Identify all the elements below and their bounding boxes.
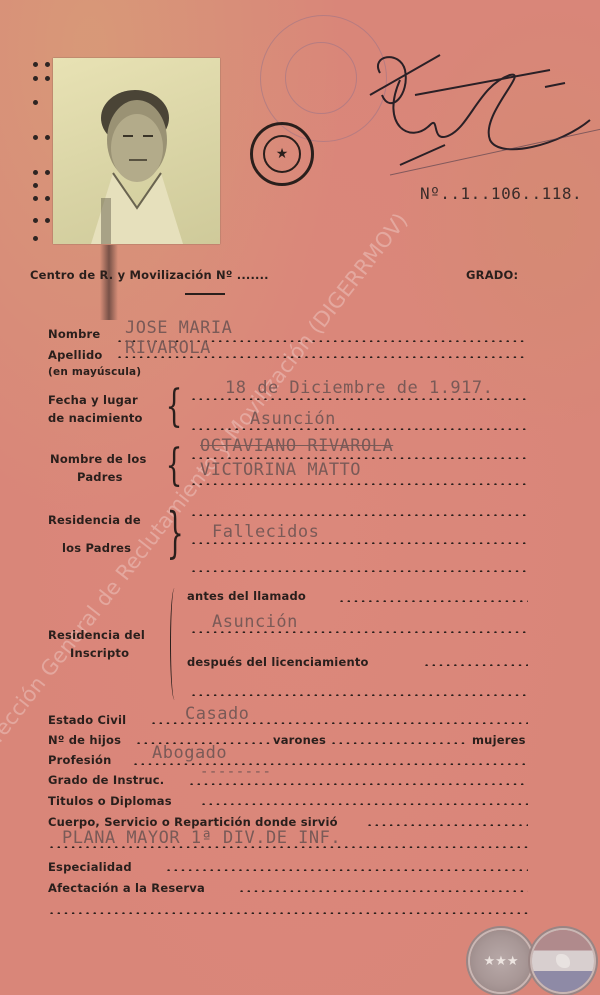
padres-label-2: Padres bbox=[77, 470, 123, 484]
watermark: Dirección General de Reclutamiento y Mov… bbox=[0, 209, 412, 764]
signature bbox=[360, 25, 600, 195]
apellido-line bbox=[116, 356, 526, 358]
despues-line-2 bbox=[190, 694, 528, 696]
nombre-value[interactable]: JOSE MARIA bbox=[125, 318, 232, 338]
portrait-image bbox=[53, 58, 220, 244]
despues-label: después del licenciamiento bbox=[187, 655, 369, 669]
faint-stamp-inner bbox=[285, 42, 357, 114]
cuerpo-line-1 bbox=[366, 824, 528, 826]
grado-instruc-value[interactable]: -------- bbox=[200, 764, 271, 780]
especialidad-label: Especialidad bbox=[48, 860, 132, 874]
mujeres-label: mujeres bbox=[472, 733, 526, 747]
star-icon: ★ bbox=[263, 135, 301, 173]
estado-civil-label: Estado Civil bbox=[48, 713, 126, 727]
res-inscripto-label-1: Residencia del bbox=[48, 628, 145, 642]
grado-instruc-line bbox=[188, 783, 528, 785]
fecha-value[interactable]: 18 de Diciembre de 1.917. bbox=[225, 378, 493, 398]
res-padres-label-1: Residencia de bbox=[48, 513, 141, 527]
republic-seal: ★ bbox=[250, 122, 314, 186]
profesion-label: Profesión bbox=[48, 753, 111, 767]
apellido-value[interactable]: RIVAROLA bbox=[125, 338, 211, 358]
afectacion-line-2 bbox=[48, 912, 528, 914]
hijos-label: Nº de hijos bbox=[48, 733, 121, 747]
grado-instruc-label: Grado de Instruc. bbox=[48, 773, 164, 787]
cuerpo-line-2 bbox=[48, 846, 528, 848]
cuerpo-value[interactable]: PLANA MAYOR 1ª DIV.DE INF. bbox=[62, 828, 341, 848]
antes-line-1 bbox=[338, 600, 528, 602]
profesion-value[interactable]: Abogado bbox=[152, 743, 227, 763]
nacimiento-label-2: de nacimiento bbox=[48, 411, 143, 425]
titulos-line bbox=[200, 803, 528, 805]
apellido-label: Apellido bbox=[48, 348, 103, 362]
lugar-value[interactable]: Asunción bbox=[250, 409, 336, 429]
despues-line-1 bbox=[423, 664, 528, 666]
res-padres-value[interactable]: Fallecidos bbox=[212, 522, 319, 542]
padre-line bbox=[190, 457, 528, 459]
photo-stamp-smudge bbox=[100, 245, 118, 320]
res-padres-line-1 bbox=[190, 514, 528, 516]
brace-icon: { bbox=[166, 385, 183, 429]
res-padres-line-3 bbox=[190, 570, 528, 572]
titulos-label: Titulos o Diplomas bbox=[48, 794, 172, 808]
brace-right-icon: } bbox=[167, 506, 184, 560]
varones-line bbox=[330, 742, 465, 744]
estado-civil-value[interactable]: Casado bbox=[185, 704, 249, 724]
antes-label: antes del llamado bbox=[187, 589, 306, 603]
lugar-line bbox=[190, 428, 528, 430]
grado-label: GRADO: bbox=[466, 268, 518, 282]
bracket-line bbox=[170, 588, 179, 700]
id-photo bbox=[53, 58, 220, 244]
varones-label: varones bbox=[273, 733, 326, 747]
centro-label: Centro de R. y Movilización Nº ....... bbox=[30, 268, 269, 282]
mayuscula-note: (en mayúscula) bbox=[48, 366, 141, 378]
antes-line-2 bbox=[190, 631, 528, 633]
fecha-line bbox=[190, 398, 528, 400]
nacimiento-label-1: Fecha y lugar bbox=[48, 393, 138, 407]
cuerpo-label: Cuerpo, Servicio o Repartición donde sir… bbox=[48, 815, 338, 829]
madre-line bbox=[190, 483, 528, 485]
afectacion-label: Afectación a la Reserva bbox=[48, 881, 205, 895]
padre-value[interactable]: OCTAVIANO RIVAROLA bbox=[200, 436, 393, 456]
madre-value[interactable]: VICTORINA MATTO bbox=[200, 460, 361, 480]
nombre-label: Nombre bbox=[48, 327, 100, 341]
antes-value[interactable]: Asunción bbox=[212, 612, 298, 632]
registration-number: Nº..1..106..118. bbox=[420, 184, 582, 203]
registration-card: Dirección General de Reclutamiento y Mov… bbox=[0, 0, 600, 995]
estado-civil-line bbox=[150, 722, 528, 724]
seal-flag-icon bbox=[532, 930, 594, 992]
res-inscripto-label-2: Inscripto bbox=[70, 646, 129, 660]
afectacion-line bbox=[238, 890, 528, 892]
profesion-line bbox=[132, 763, 528, 765]
padres-label-1: Nombre de los bbox=[50, 452, 147, 466]
seal-stars-icon: ★★★ bbox=[470, 930, 532, 992]
brace-icon: { bbox=[166, 444, 183, 488]
especialidad-line bbox=[165, 869, 528, 871]
res-padres-label-2: los Padres bbox=[62, 541, 131, 555]
res-padres-line-2 bbox=[190, 542, 528, 544]
divider bbox=[185, 293, 225, 295]
